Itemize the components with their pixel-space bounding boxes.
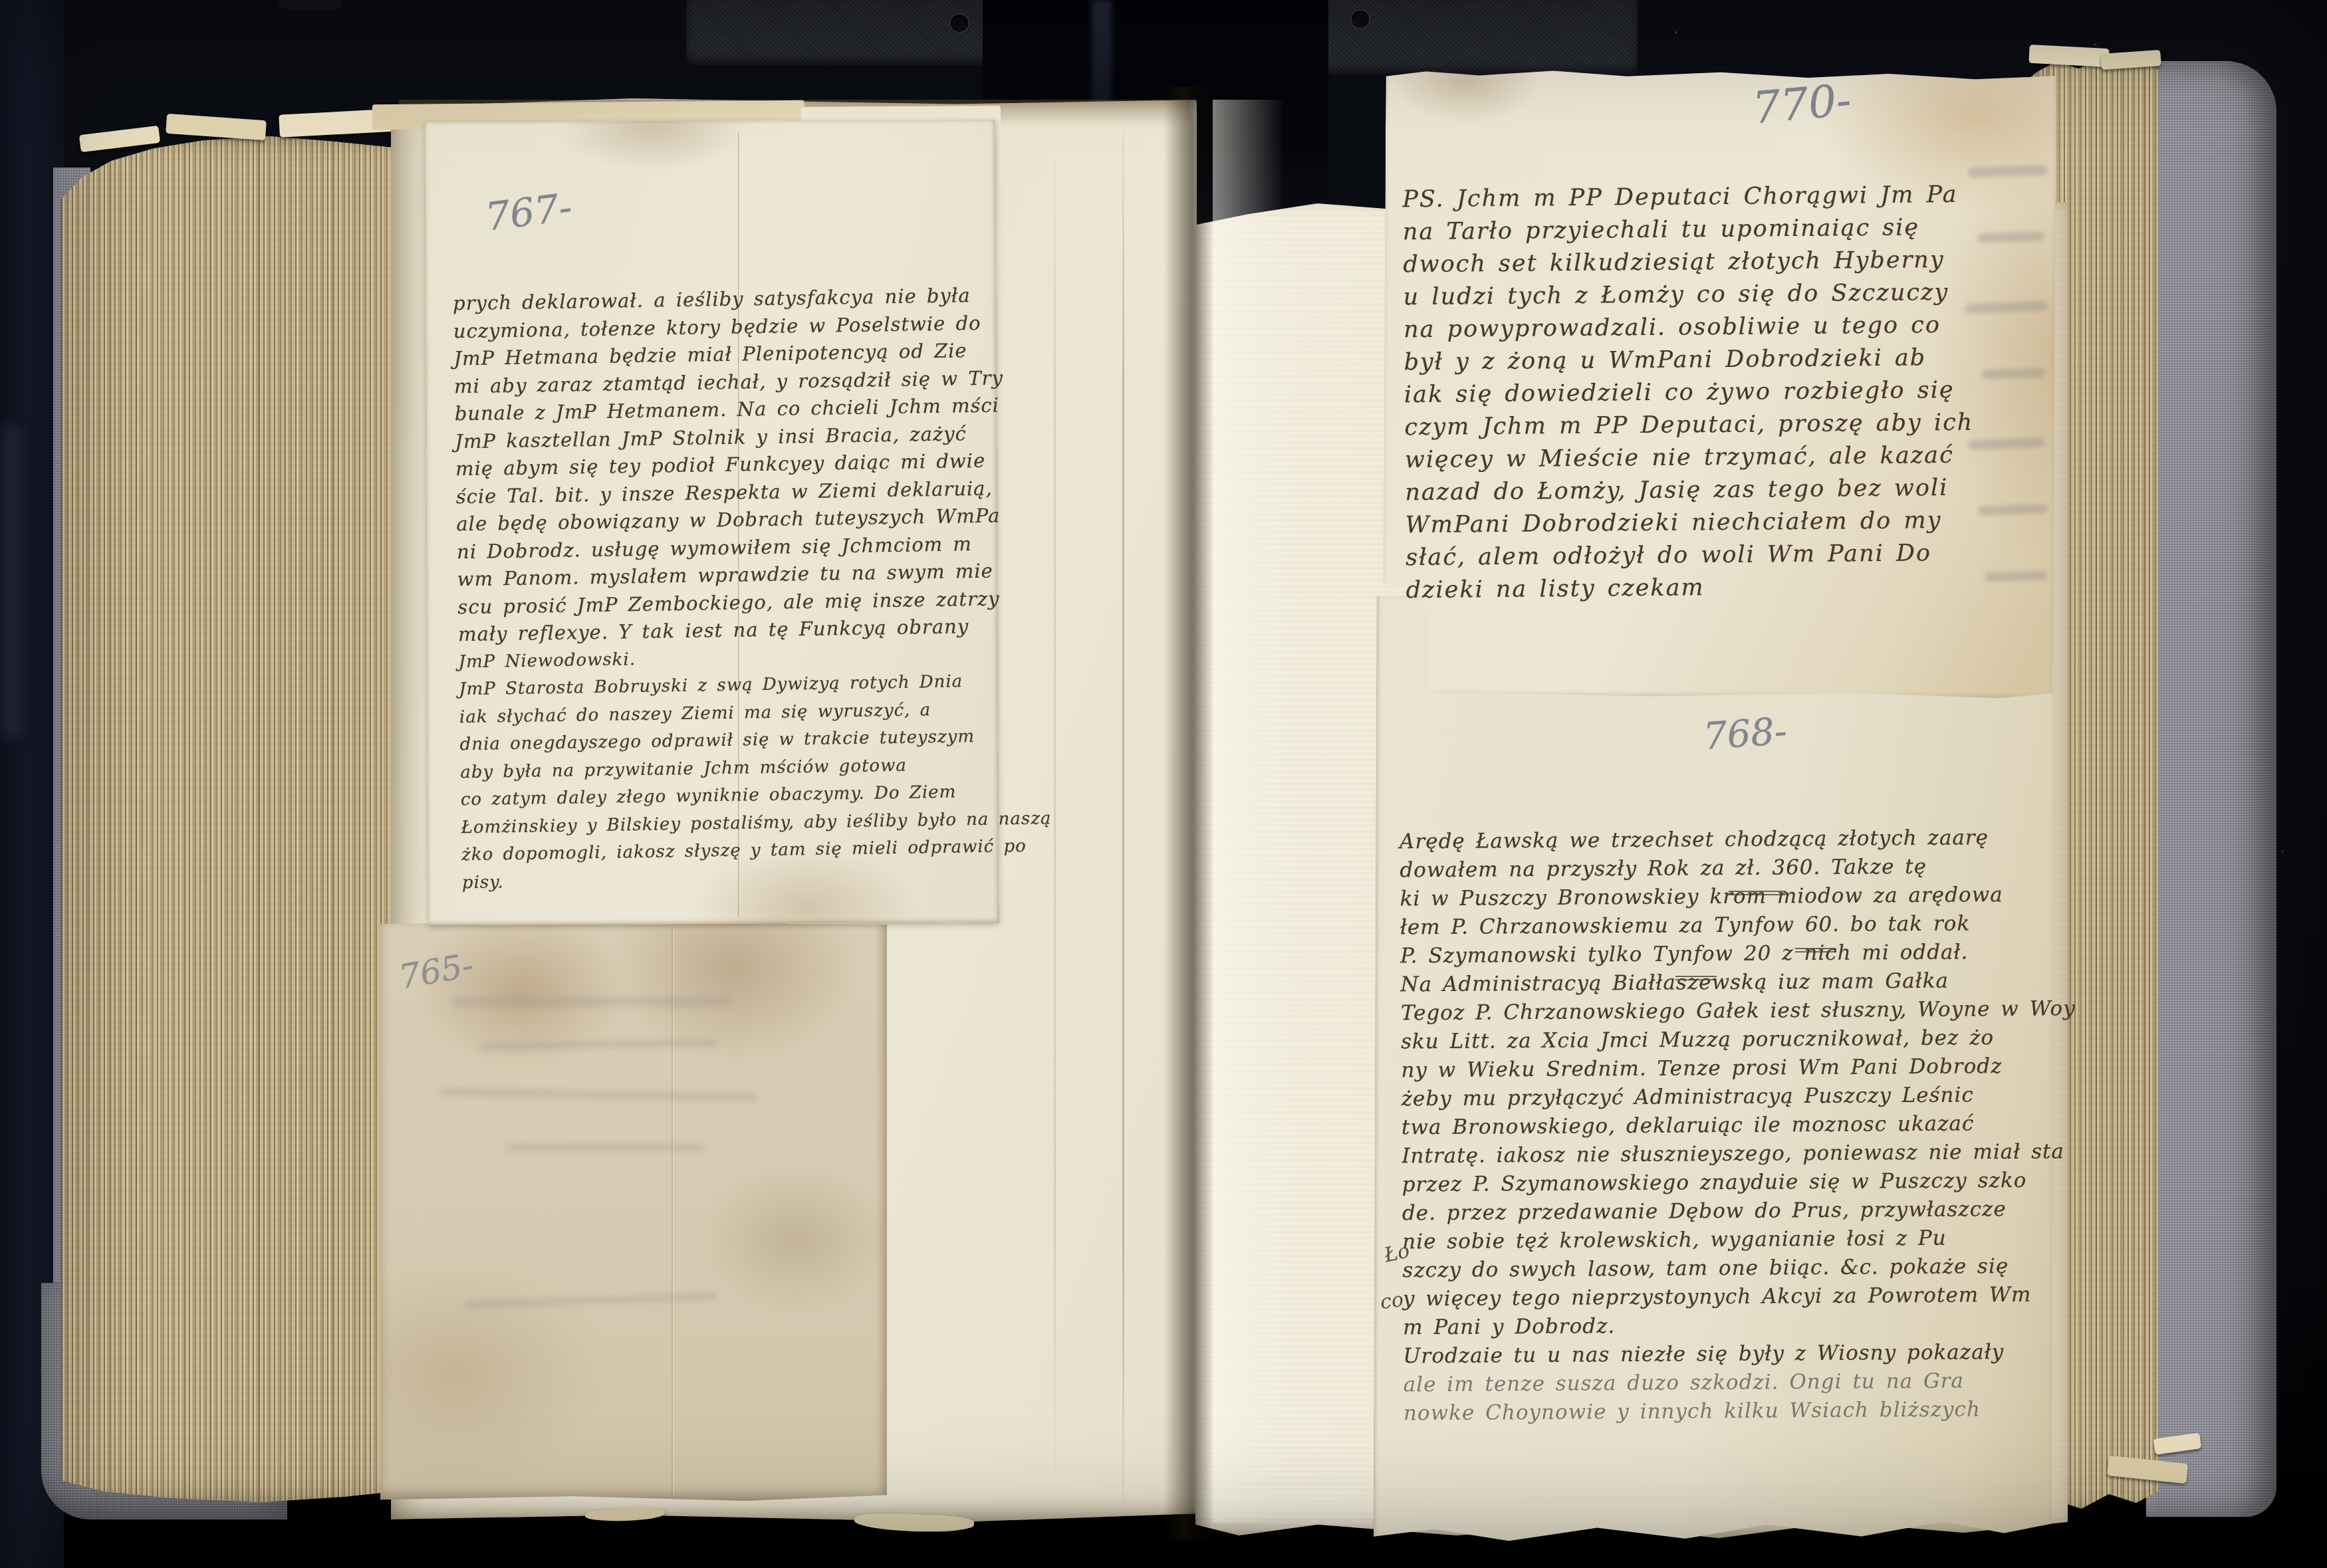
- handwriting-line: czym Jchm m PP Deputaci, proszę aby ich: [1404, 406, 2036, 444]
- cradle-tab: [278, 0, 342, 9]
- handwriting-block-770: PS. Jchm m PP Deputaci Chorągwi Jm Pana …: [1402, 178, 2038, 607]
- manuscript-photo: 767- 765- 770- 768- prych deklarował. a …: [0, 0, 2327, 1568]
- pencil-folio-number-768: 768-: [1702, 710, 1788, 759]
- handwriting-line: nowke Choynowie y innych kilku Wsiach bl…: [1404, 1395, 2042, 1428]
- pencil-folio-number-770: 770-: [1751, 74, 1853, 134]
- page-fold-crease: [1054, 160, 1056, 1476]
- clamp-screw-hole-icon: [1352, 11, 1369, 28]
- handwriting-line: Arędę Ławską we trzechset chodzącą złoty…: [1400, 824, 2038, 857]
- torn-page-chip: [79, 126, 160, 152]
- handwriting-line: łem P. Chrzanowskiemu za Tynfow 60. bo t…: [1400, 909, 2038, 943]
- handwriting-line: m Pani y Dobrodz.: [1403, 1309, 2041, 1343]
- underline-sum-60: [1795, 948, 1836, 949]
- handwriting-block-767: prych deklarował. a ieśliby satysfakcya …: [453, 282, 994, 897]
- handwriting-line: dzieki na listy czekam: [1406, 569, 2037, 607]
- handwriting-line: na Tarło przyiechali tu upominaiąc się: [1403, 211, 2034, 249]
- handwriting-line: PS. Jchm m PP Deputaci Chorągwi Jm Pa: [1402, 178, 2034, 216]
- gutter-highlight: [1213, 100, 1312, 1522]
- handwriting-line: Intratę. iakosz nie słusznieyszego, poni…: [1402, 1138, 2040, 1171]
- underline-sum-360: [1729, 891, 1786, 892]
- handwriting-line: szczy do swych lasow, tam one biiąc. &c.…: [1402, 1252, 2040, 1286]
- parchment-fold-crease: [672, 927, 673, 1496]
- handwriting-line: słać, alem odłożył do woli Wm Pani Do: [1406, 536, 2037, 574]
- handwriting-line: ny w Wieku Srednim. Tenze prosi Wm Pani …: [1401, 1052, 2039, 1085]
- clamp-screw-hole-icon: [951, 15, 968, 32]
- handwriting-line: u ludzi tych z Łomży co się do Szczuczy: [1404, 276, 2035, 314]
- handwriting-line: nazad do Łomży, Jasię zas tego bez woli: [1405, 471, 2036, 509]
- handwriting-line: P. Szymanowski tylko Tynfow 20 z nich mi…: [1400, 938, 2038, 971]
- faded-letter-765: [380, 921, 887, 1501]
- book-cover-right-edge: [2146, 61, 2276, 1517]
- torn-page-chip: [166, 114, 267, 140]
- handwriting-line: Urodzaie tu u nas niezłe się były z Wios…: [1403, 1338, 2041, 1371]
- handwriting-line: Na Administracyą Białłaszewską iuz mam G…: [1400, 966, 2038, 1000]
- torn-page-chip: [2028, 45, 2109, 67]
- handwriting-line: więcey w Mieście nie trzymać, ale kazać: [1405, 439, 2036, 477]
- gutter-shadow: [1163, 86, 1213, 1539]
- handwriting-line: iak się dowiedzieli co żywo rozbiegło si…: [1404, 374, 2036, 411]
- handwriting-block-768: Arędę Ławską we trzechset chodzącą złoty…: [1400, 824, 2042, 1428]
- margin-scribble: co: [1379, 1288, 1405, 1315]
- handwriting-line: na powyprowadzali. osobliwie u tego co: [1404, 308, 2035, 346]
- handwriting-line: y więcey tego nieprzystoynych Akcyi za P…: [1403, 1281, 2041, 1314]
- handwriting-line: sku Litt. za Xcia Jmci Muzzą porucznikow…: [1401, 1024, 2039, 1057]
- page-fold-crease: [1122, 133, 1124, 1502]
- handwriting-line: twa Bronowskiego, deklaruiąc ile moznosc…: [1402, 1109, 2040, 1143]
- dust-specks: [0, 0, 1, 1]
- handwriting-line: Tegoz P. Chrzanowskiego Gałek iest słusz…: [1401, 995, 2039, 1028]
- underline-sum-20: [1675, 976, 1717, 977]
- handwriting-line: dwoch set kilkudziesiąt złotych Hyberny: [1403, 243, 2034, 281]
- handwriting-line: WmPani Dobrodzieki niechciałem do my: [1406, 504, 2037, 542]
- handwriting-line: żeby mu przyłączyć Administracyą Puszczy…: [1402, 1081, 2040, 1114]
- handwriting-line: de. przez przedawanie Dębow do Prus, prz…: [1402, 1195, 2040, 1228]
- handwriting-line: ale im tenze susza duzo szkodzi. Ongi tu…: [1404, 1367, 2042, 1400]
- ink-bleedthrough: [452, 997, 731, 1006]
- ink-bleedthrough: [505, 1143, 705, 1151]
- handwriting-line: dowałem na przyszły Rok za zł. 360. Takz…: [1400, 852, 2038, 885]
- cradle-clamp-right: [1320, 0, 1638, 74]
- handwriting-line: był y z żoną u WmPani Dobrodzieki ab: [1404, 341, 2035, 379]
- cradle-clamp-left: [686, 0, 991, 65]
- handwriting-line: nie sobie tęż krolewskich, wyganianie ło…: [1402, 1224, 2040, 1257]
- handwriting-line: przez P. Szymanowskiego znayduie się w P…: [1402, 1167, 2040, 1200]
- handwriting-line: ki w Puszczy Bronowskiey krom miodow za …: [1400, 881, 2038, 914]
- background-light-streak: [3, 425, 20, 738]
